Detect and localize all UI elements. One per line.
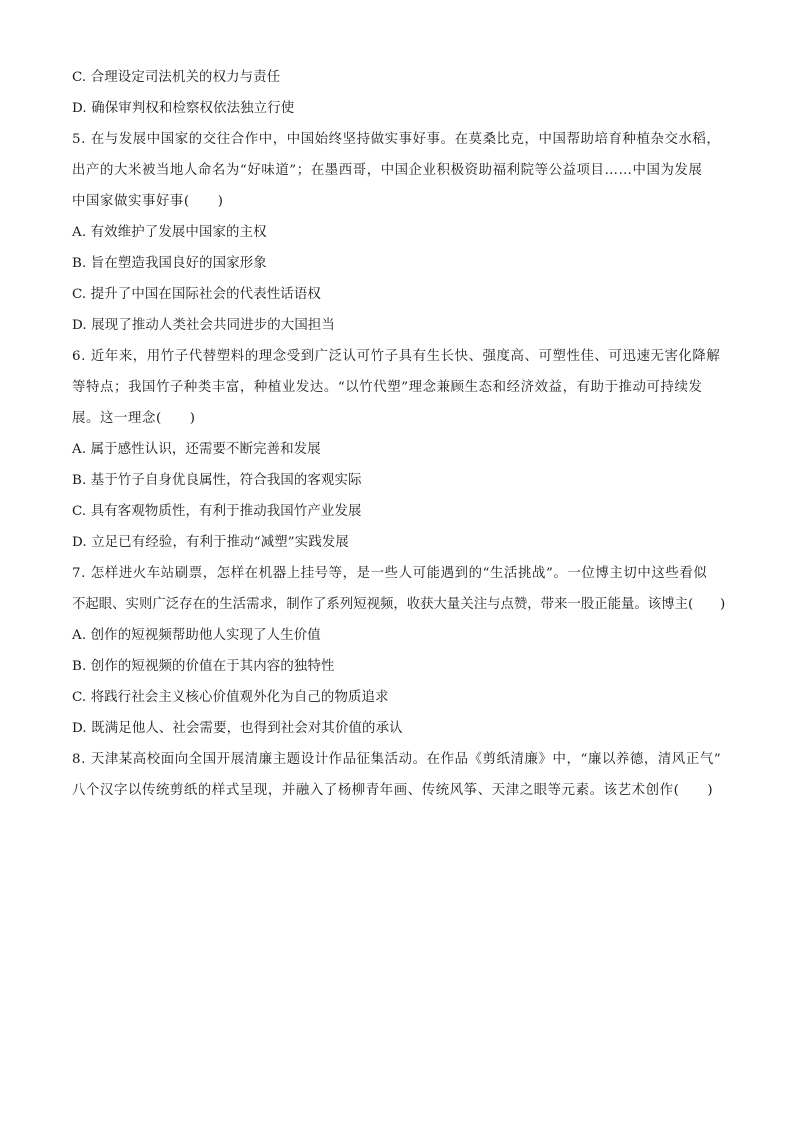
question-5: 5. 在与发展中国家的交往合作中，中国始终坚持做实事好事。在莫桑比克，中国帮助培… [72, 124, 722, 217]
option-4c: C. 合理设定司法机关的权力与责任 [72, 62, 722, 93]
question-8-stem-line-1: 8. 天津某高校面向全国开展清廉主题设计作品征集活动。在作品《剪纸清廉》中，“廉… [72, 744, 722, 775]
option-5d: D. 展现了推动人类社会共同进步的大国担当 [72, 310, 722, 341]
question-5-stem-line-3: 中国家做实事好事( ) [72, 186, 722, 217]
option-6a: A. 属于感性认识，还需要不断完善和发展 [72, 434, 722, 465]
question-7-stem-line-1: 7. 怎样进火车站刷票，怎样在机器上挂号等，是一些人可能遇到的“生活挑战”。一位… [72, 558, 722, 589]
option-5a: A. 有效维护了发展中国家的主权 [72, 217, 722, 248]
option-4d: D. 确保审判权和检察权依法独立行使 [72, 93, 722, 124]
option-5b: B. 旨在塑造我国良好的国家形象 [72, 248, 722, 279]
question-5-stem-line-2: 出产的大米被当地人命名为“好味道”；在墨西哥，中国企业积极资助福利院等公益项目…… [72, 155, 722, 186]
question-8: 8. 天津某高校面向全国开展清廉主题设计作品征集活动。在作品《剪纸清廉》中，“廉… [72, 744, 722, 806]
option-7a: A. 创作的短视频帮助他人实现了人生价值 [72, 620, 722, 651]
option-5c: C. 提升了中国在国际社会的代表性话语权 [72, 279, 722, 310]
question-6-stem-line-1: 6. 近年来，用竹子代替塑料的理念受到广泛认可竹子具有生长快、强度高、可塑性佳、… [72, 341, 722, 372]
option-6c: C. 具有客观物质性，有利于推动我国竹产业发展 [72, 496, 722, 527]
option-7d: D. 既满足他人、社会需要，也得到社会对其价值的承认 [72, 713, 722, 744]
option-6b: B. 基于竹子自身优良属性，符合我国的客观实际 [72, 465, 722, 496]
option-7b: B. 创作的短视频的价值在于其内容的独特性 [72, 651, 722, 682]
question-6-stem-line-2: 等特点；我国竹子种类丰富，种植业发达。“以竹代塑”理念兼顾生态和经济效益，有助于… [72, 372, 722, 403]
question-8-stem-line-2: 八个汉字以传统剪纸的样式呈现，并融入了杨柳青年画、传统风筝、天津之眼等元素。该艺… [72, 775, 722, 806]
exam-page: C. 合理设定司法机关的权力与责任 D. 确保审判权和检察权依法独立行使 5. … [72, 62, 722, 806]
question-6-stem-line-3: 展。这一理念( ) [72, 403, 722, 434]
question-5-stem-line-1: 5. 在与发展中国家的交往合作中，中国始终坚持做实事好事。在莫桑比克，中国帮助培… [72, 124, 722, 155]
option-7c: C. 将践行社会主义核心价值观外化为自己的物质追求 [72, 682, 722, 713]
question-7-stem-line-2: 不起眼、实则广泛存在的生活需求，制作了系列短视频，收获大量关注与点赞，带来一股正… [72, 589, 722, 620]
question-7: 7. 怎样进火车站刷票，怎样在机器上挂号等，是一些人可能遇到的“生活挑战”。一位… [72, 558, 722, 620]
option-6d: D. 立足已有经验，有利于推动“减塑”实践发展 [72, 527, 722, 558]
question-6: 6. 近年来，用竹子代替塑料的理念受到广泛认可竹子具有生长快、强度高、可塑性佳、… [72, 341, 722, 434]
